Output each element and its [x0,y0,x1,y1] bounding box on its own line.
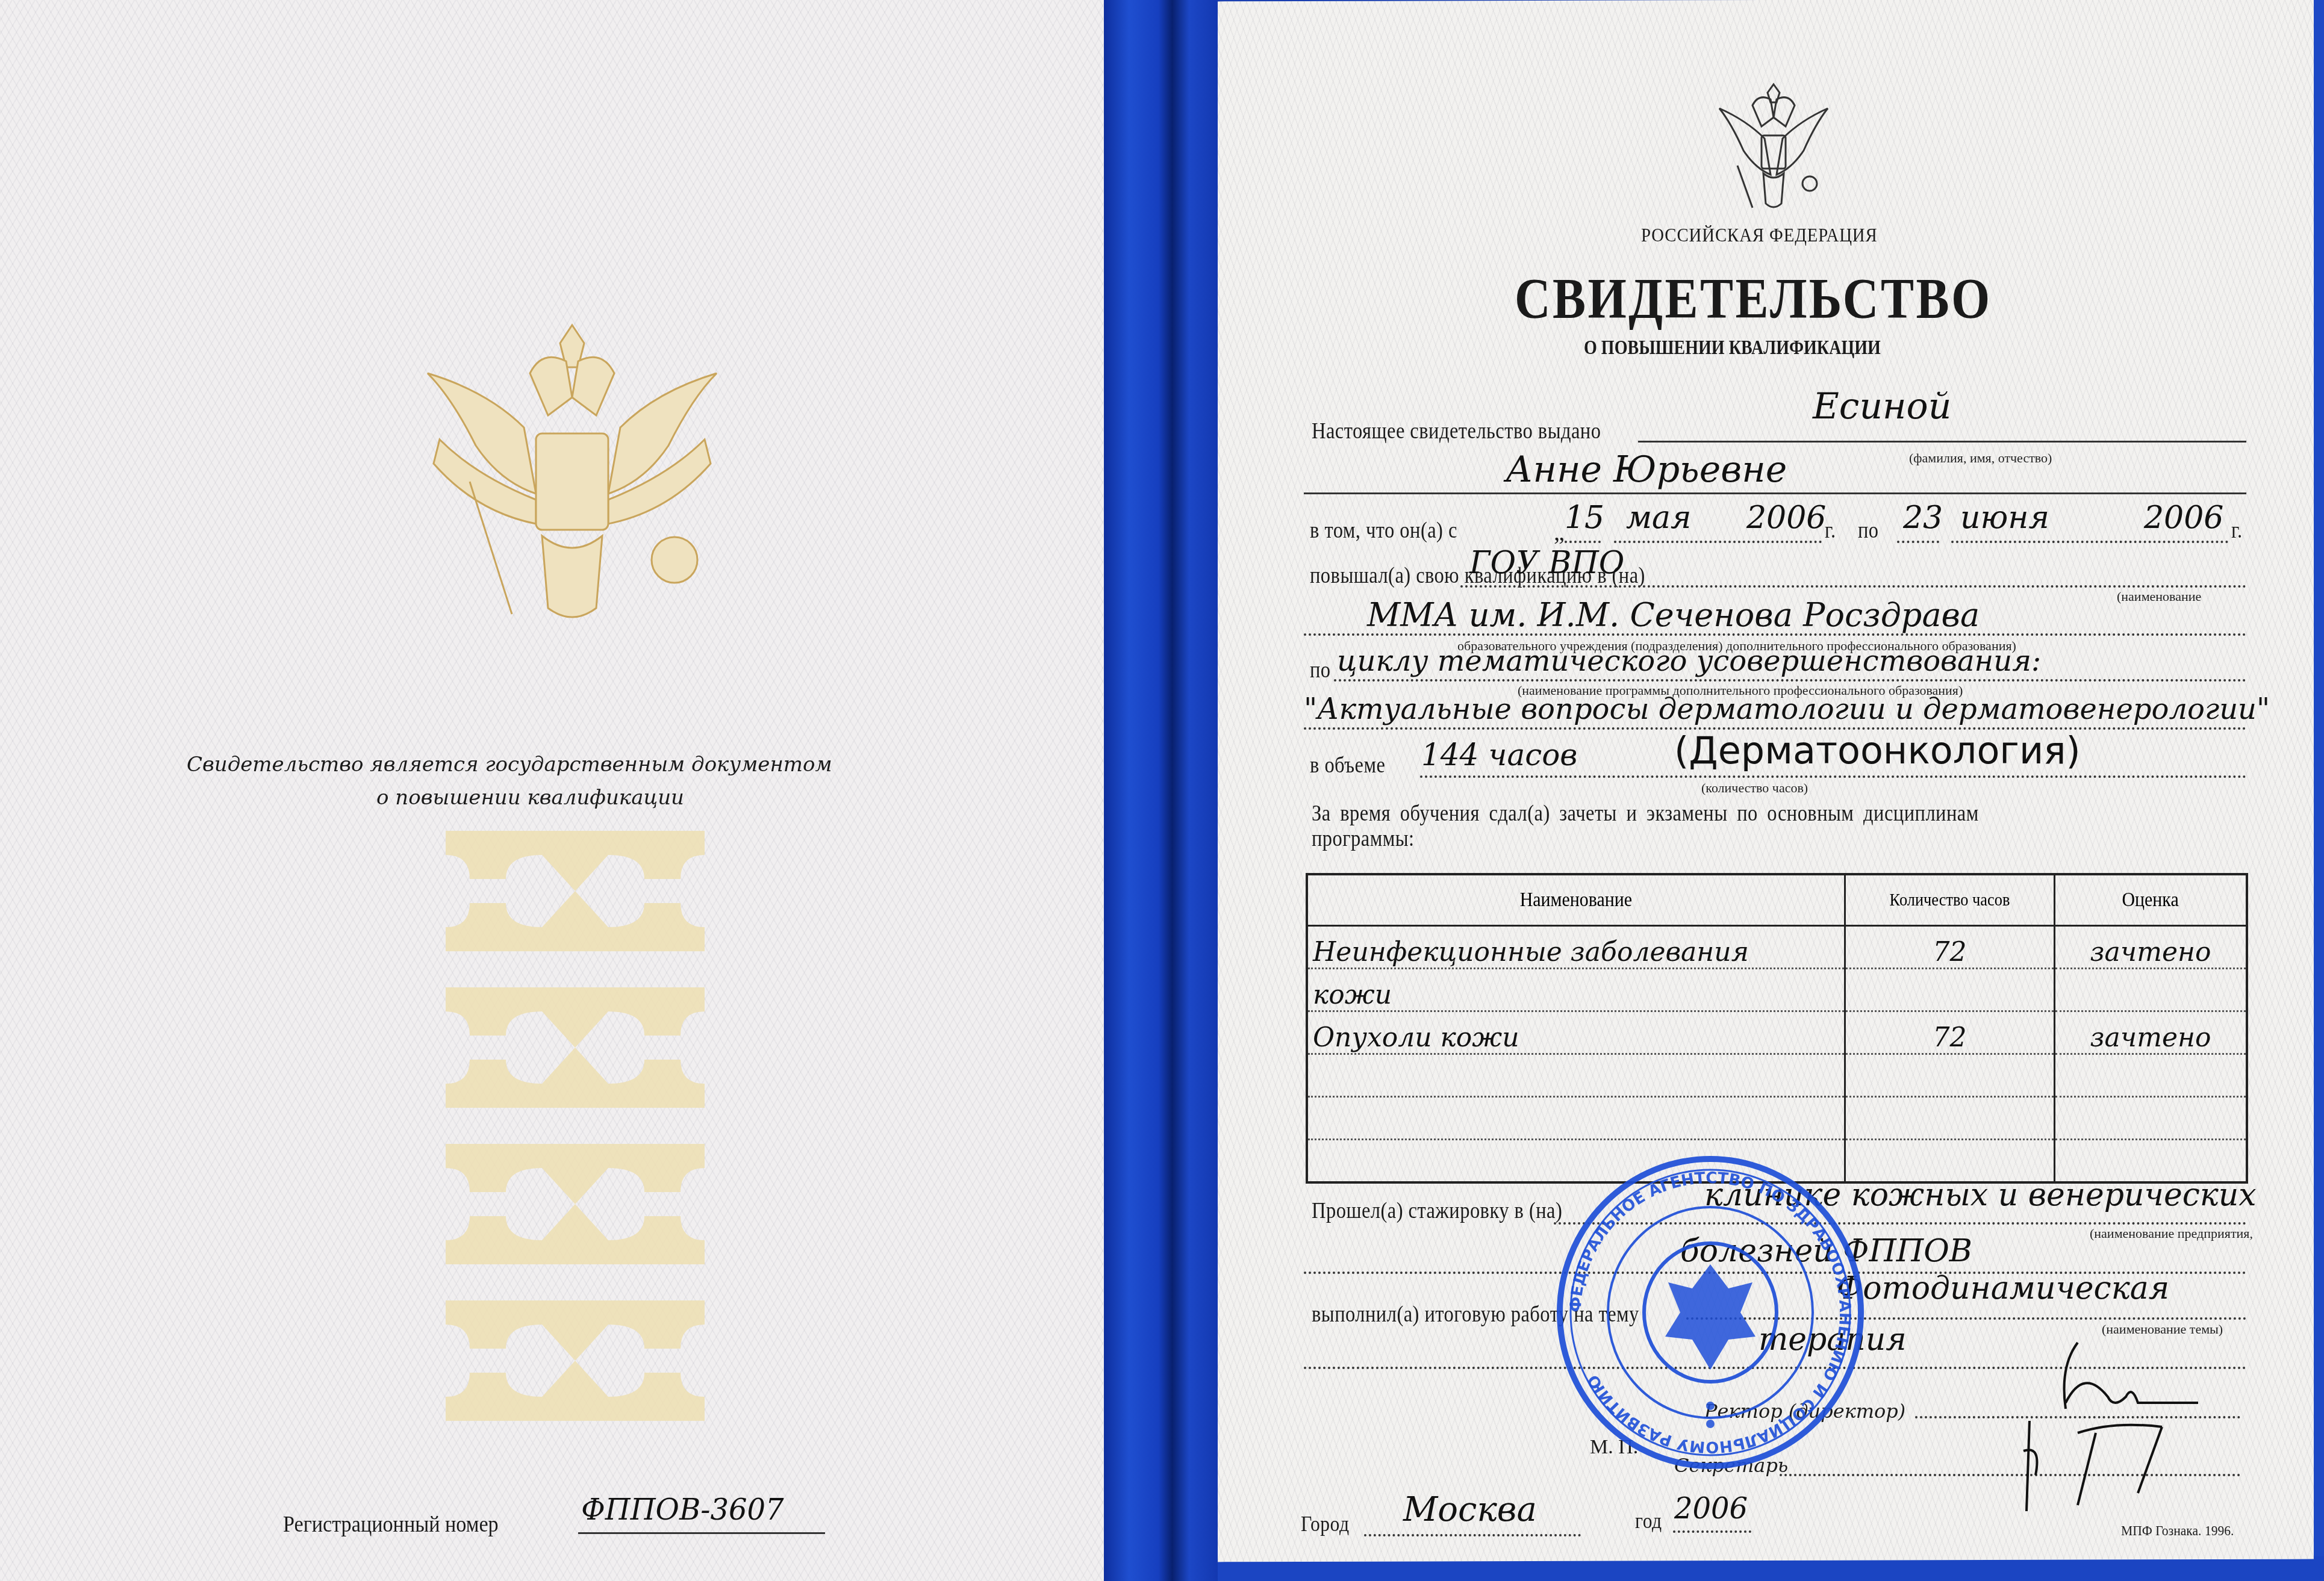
volume-label: в объеме [1310,753,1385,778]
discipline-grade: зачтено [2055,1011,2248,1054]
volume-value: 144 часов [1421,738,1577,772]
year-suffix-2: г. [2231,518,2243,544]
discipline-hours [1845,1097,2055,1140]
left-page: Свидетельство является государственным д… [0,0,1104,1581]
to-day-value: 23 [1903,500,1943,536]
city-label: Город [1301,1511,1349,1536]
discipline-hours: 72 [1845,1011,2055,1054]
discipline-grade [2055,1054,2248,1097]
discipline-name: Неинфекционные заболевания [1307,926,1845,969]
registration-number-value: ФППОВ-3607 [581,1493,784,1527]
discipline-grade [2055,969,2248,1011]
to-label: по [1858,518,1879,544]
institution-hint-1: (наименование [2117,589,2201,604]
discipline-name [1307,1054,1845,1097]
table-row [1307,1097,2247,1140]
table-row: кожи [1307,969,2247,1011]
issued-to-label: Настоящее свидетельство выдано [1312,418,1601,444]
program-line1-underline [1334,679,2246,682]
to-date-line [1951,541,2228,543]
table-row: Опухоли кожи 72 зачтено [1307,1011,2247,1054]
institution-line2-underline [1304,633,2246,636]
discipline-name: Опухоли кожи [1307,1011,1845,1054]
period-label: в том, что он(а) с [1310,518,1457,544]
discipline-grade [2055,1140,2248,1183]
registration-underline [578,1532,825,1534]
surname-underline [1638,441,2246,443]
open-quote: „ [1554,518,1565,546]
column-header-hours: Количество часов [1845,874,2055,926]
name-hint: (фамилия, имя, отчество) [1909,450,2052,466]
from-date-line [1614,541,1822,543]
from-day-line [1565,541,1601,543]
from-day-value: 15 [1565,500,1604,536]
to-year-value: 2006 [2144,500,2223,536]
left-caption-line2: о повышении квалификации [376,786,684,810]
given-names-value: Анне Юрьевне [1506,449,1787,491]
internship-hint: (наименование предприятия, [2090,1226,2253,1241]
document-title: СВИДЕТЕЛЬСТВО [1515,265,1992,332]
city-value: Москва [1403,1490,1537,1529]
program-line1: циклу тематического усовершенствования: [1337,644,2041,678]
to-month-value: июня [1960,500,2049,536]
discipline-name [1307,1097,1845,1140]
volume-underline [1420,775,2246,778]
year-suffix-1: г. [1825,518,1836,544]
institution-line1-underline [1460,585,2246,588]
exams-text-line1: За время обучения сдал(а) зачеты и экзам… [1312,801,1979,827]
document-subtitle: О ПОВЫШЕНИИ КВАЛИФИКАЦИИ [1584,337,1881,359]
volume-hint: (количество часов) [1701,780,1808,796]
table-header-row: Наименование Количество часов Оценка [1307,874,2247,926]
registration-number-label: Регистрационный номер [283,1511,499,1538]
internship-label: Прошел(а) стажировку в (на) [1312,1198,1562,1224]
discipline-hours [1845,969,2055,1011]
ornament-watermark-icon [434,831,717,1541]
column-header-name: Наименование [1307,874,1845,926]
eagle-emblem-icon [1710,78,1837,223]
discipline-grade: зачтено [2055,926,2248,969]
discipline-hours [1845,1054,2055,1097]
discipline-name: кожи [1307,969,1845,1011]
thesis-line1: Фотодинамическая [1837,1270,2169,1306]
city-underline [1364,1534,1581,1536]
exams-text-line2: программы: [1312,826,1415,852]
given-names-underline [1304,492,2246,494]
printer-mark: МПФ Гознака. 1996. [2121,1523,2234,1539]
program-label: по [1310,657,1331,683]
table-row [1307,1054,2247,1097]
secretary-signature-icon [2011,1409,2210,1511]
surname-value: Есиной [1813,385,1951,427]
to-day-line [1897,541,1939,543]
institution-line2: ММА им. И.М. Сеченова Росздрава [1367,596,1980,634]
institution-line1: ГОУ ВПО [1469,545,1624,581]
country-name: РОССИЙСКАЯ ФЕДЕРАЦИЯ [1641,224,1878,246]
year-label: год [1635,1508,1662,1533]
table-row: Неинфекционные заболевания 72 зачтено [1307,926,2247,969]
official-seal-icon: ФЕДЕРАЛЬНОЕ АГЕНТСТВО ПО ЗДРАВООХРАНЕНИЮ… [1551,1153,1870,1472]
left-caption-line1: Свидетельство является государственным д… [187,753,832,777]
column-header-grade: Оценка [2055,874,2248,926]
eagle-emblem-icon [391,301,753,650]
program-line2: "Актуальные вопросы дерматологии и дерма… [1304,692,2270,726]
discipline-hours [1845,1140,2055,1183]
year-value: 2006 [1674,1492,1748,1526]
blue-cover-spine [1104,0,1218,1581]
year-underline [1673,1530,1751,1533]
volume-extra: (Дерматоонкология) [1674,728,2081,772]
discipline-hours: 72 [1845,926,2055,969]
disciplines-table: Наименование Количество часов Оценка Неи… [1306,873,2248,1184]
from-year-value: 2006 [1746,500,1826,536]
discipline-grade [2055,1097,2248,1140]
from-month-value: мая [1626,500,1692,536]
